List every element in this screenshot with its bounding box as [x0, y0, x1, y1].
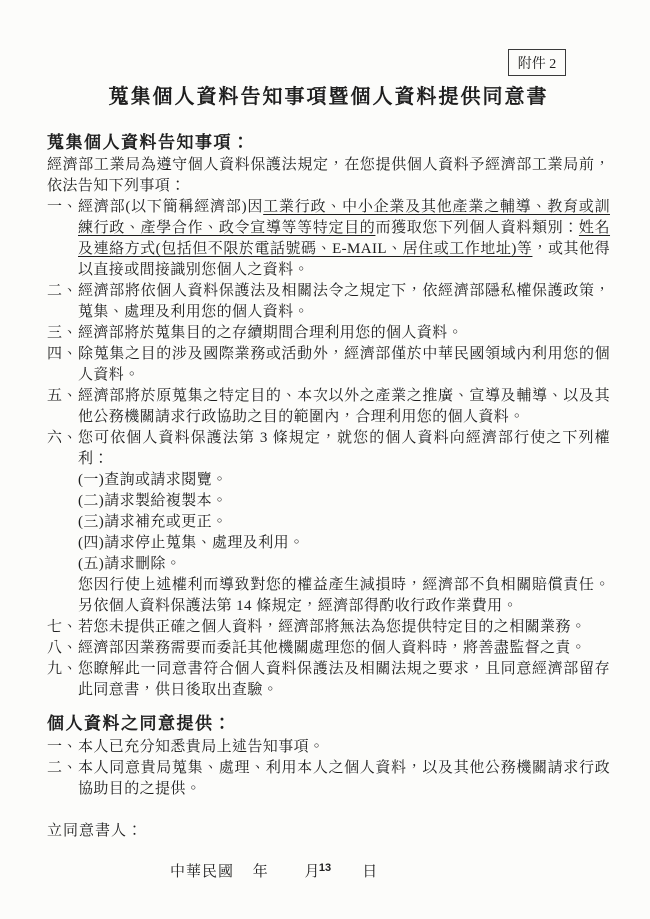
item-text: 除蒐集之目的涉及國際業務或活動外，經濟部僅於中華民國領域內利用您的個人資料。	[78, 344, 610, 386]
consent-section-heading: 個人資料之同意提供：	[47, 714, 610, 734]
item-text: 經濟部因業務需要而委託其他機關處理您的個人資料時，將善盡監督之責。	[78, 638, 610, 659]
notice-subitem-2: (二)請求製給複製本。	[78, 491, 610, 512]
notice-subitem-3: (三)請求補充或更正。	[78, 512, 610, 533]
notice-subitem-4: (四)請求停止蒐集、處理及利用。	[78, 533, 610, 554]
declarant-label: 立同意書人：	[47, 819, 610, 840]
document-page: 附件 2 蒐集個人資料告知事項暨個人資料提供同意書 蒐集個人資料告知事項： 經濟…	[0, 0, 650, 919]
item-text: 若您未提供正確之個人資料，經濟部將無法為您提供特定目的之相關業務。	[78, 617, 610, 638]
document-title: 蒐集個人資料告知事項暨個人資料提供同意書	[47, 80, 610, 109]
notice-item-5: 五、 經濟部將於原蒐集之特定目的、本次以外之產業之推廣、宣導及輔導、以及其他公務…	[47, 386, 610, 428]
notice-item-8: 八、 經濟部因業務需要而委託其他機關處理您的個人資料時，將善盡監督之責。	[47, 638, 610, 659]
notice-subitem-5: (五)請求刪除。	[78, 554, 610, 575]
notice-intro: 經濟部工業局為遵守個人資料保護法規定，在您提供個人資料予經濟部工業局前，依法告知…	[47, 155, 610, 197]
notice-item-6-note: 您因行使上述權利而導致對您的權益產生減損時，經濟部不負相關賠償責任。另依個人資料…	[78, 575, 610, 617]
item-text: 您瞭解此一同意書符合個人資料保護法及相關法規之要求，且同意經濟部留存此同意書，供…	[78, 659, 610, 701]
item-segment: 經濟部(以下簡稱經濟部)因	[78, 199, 263, 215]
item-lead-text: 您可依個人資料保護法第 3 條規定，就您的個人資料向經濟部行使之下列權利：	[78, 428, 610, 470]
item-text: 經濟部(以下簡稱經濟部)因工業行政、中小企業及其他產業之輔導、教育或訓練行政、產…	[78, 197, 610, 281]
item-text: 本人已充分知悉貴局上述告知事項。	[78, 737, 610, 758]
page-number: 13	[0, 862, 650, 874]
notice-item-2: 二、 經濟部將依個人資料保護法及相關法令之規定下，依經濟部隱私權保護政策，蒐集、…	[47, 281, 610, 323]
item-text: 經濟部將依個人資料保護法及相關法令之規定下，依經濟部隱私權保護政策，蒐集、處理及…	[78, 281, 610, 323]
item-marker: 一、	[47, 737, 78, 758]
notice-item-9: 九、 您瞭解此一同意書符合個人資料保護法及相關法規之要求，且同意經濟部留存此同意…	[47, 659, 610, 701]
item-marker: 三、	[47, 323, 78, 344]
notice-item-3: 三、 經濟部將於蒐集目的之存續期間合理利用您的個人資料。	[47, 323, 610, 344]
item-segment: 而獲取您下列個人資料類別：	[375, 220, 579, 236]
item-text: 您可依個人資料保護法第 3 條規定，就您的個人資料向經濟部行使之下列權利： (一…	[78, 428, 610, 617]
item-marker: 二、	[47, 281, 78, 323]
notice-subitem-1: (一)查詢或請求閱覽。	[78, 470, 610, 491]
item-text: 經濟部將於原蒐集之特定目的、本次以外之產業之推廣、宣導及輔導、以及其他公務機關請…	[78, 386, 610, 428]
notice-section-heading: 蒐集個人資料告知事項：	[47, 133, 610, 153]
attachment-label: 附件 2	[518, 53, 557, 73]
consent-item-1: 一、 本人已充分知悉貴局上述告知事項。	[47, 737, 610, 758]
consent-item-2: 二、 本人同意貴局蒐集、處理、利用本人之個人資料，以及其他公務機關請求行政協助目…	[47, 758, 610, 800]
notice-item-4: 四、 除蒐集之目的涉及國際業務或活動外，經濟部僅於中華民國領域內利用您的個人資料…	[47, 344, 610, 386]
item-text: 經濟部將於蒐集目的之存續期間合理利用您的個人資料。	[78, 323, 610, 344]
notice-item-7: 七、 若您未提供正確之個人資料，經濟部將無法為您提供特定目的之相關業務。	[47, 617, 610, 638]
item-marker: 五、	[47, 386, 78, 428]
item-marker: 四、	[47, 344, 78, 386]
notice-item-1: 一、 經濟部(以下簡稱經濟部)因工業行政、中小企業及其他產業之輔導、教育或訓練行…	[47, 197, 610, 281]
item-marker: 八、	[47, 638, 78, 659]
item-marker: 六、	[47, 428, 78, 617]
item-marker: 二、	[47, 758, 78, 800]
notice-item-6: 六、 您可依個人資料保護法第 3 條規定，就您的個人資料向經濟部行使之下列權利：…	[47, 428, 610, 617]
item-marker: 九、	[47, 659, 78, 701]
item-marker: 七、	[47, 617, 78, 638]
attachment-badge: 附件 2	[508, 49, 566, 76]
item-marker: 一、	[47, 197, 78, 281]
item-text: 本人同意貴局蒐集、處理、利用本人之個人資料，以及其他公務機關請求行政協助目的之提…	[78, 758, 610, 800]
